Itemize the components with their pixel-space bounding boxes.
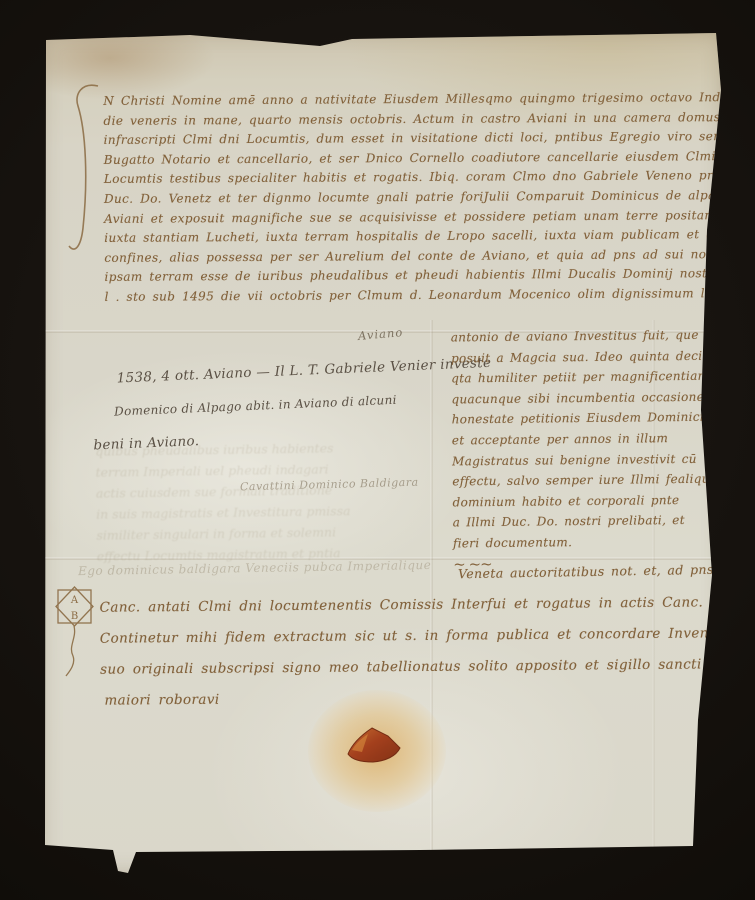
notary-mark-letter-bottom: B (71, 611, 78, 622)
right-column-text: antonio de aviano Investitus fuit, que s… (451, 325, 726, 576)
right-column-line: posuit a Magcia sua. Ideo quinta decima … (451, 345, 723, 368)
parchment: N Christi Nomine amē anno a nativitate E… (40, 30, 724, 875)
notarial-sign-icon: A B (50, 584, 100, 683)
place-note: Aviano (357, 325, 403, 343)
subscription-opening-line: Veneta auctoritatibus not. et, ad pns (458, 562, 714, 581)
wax-seal-fragment-icon (342, 724, 408, 770)
main-text-paragraph: N Christi Nomine amē anno a nativitate E… (103, 88, 720, 307)
right-column-lines: antonio de aviano Investitus fuit, que s… (451, 325, 725, 554)
subscription-line: suo originali subscripsi signo meo tabel… (100, 649, 720, 685)
notary-mark-letter-top: A (70, 595, 79, 606)
main-text-line: l . sto sub 1495 die vii octobris per Cl… (105, 284, 721, 307)
right-column-line: antonio de aviano Investitus fuit, que s… (451, 325, 723, 348)
right-column-line: a Illmi Duc. Do. nostri prelibati, et (453, 510, 725, 533)
right-column-line: quacunque sibi incumbentia occasione pre… (451, 386, 723, 409)
initial-letter-flourish-icon (66, 80, 106, 259)
photo-background: N Christi Nomine amē anno a nativitate E… (0, 0, 755, 900)
right-column-line: dominium habito et corporali pnte (452, 489, 724, 512)
right-column-line: fieri documentum. (453, 531, 725, 554)
show-through-text: quibus pheudalibus iuribus habientesterr… (95, 435, 487, 566)
right-column-line: qta humiliter petiit per magnificentiam … (451, 366, 723, 389)
right-column-line: honestate petitionis Eiusdem Dominici (452, 407, 724, 430)
right-column-line: effectu, salvo semper iure Illmi fealiqu… (452, 469, 724, 492)
right-column-line: Magistratus sui benigne investivit cū (452, 448, 724, 471)
right-column-line: et acceptante per annos in illum (452, 428, 724, 451)
